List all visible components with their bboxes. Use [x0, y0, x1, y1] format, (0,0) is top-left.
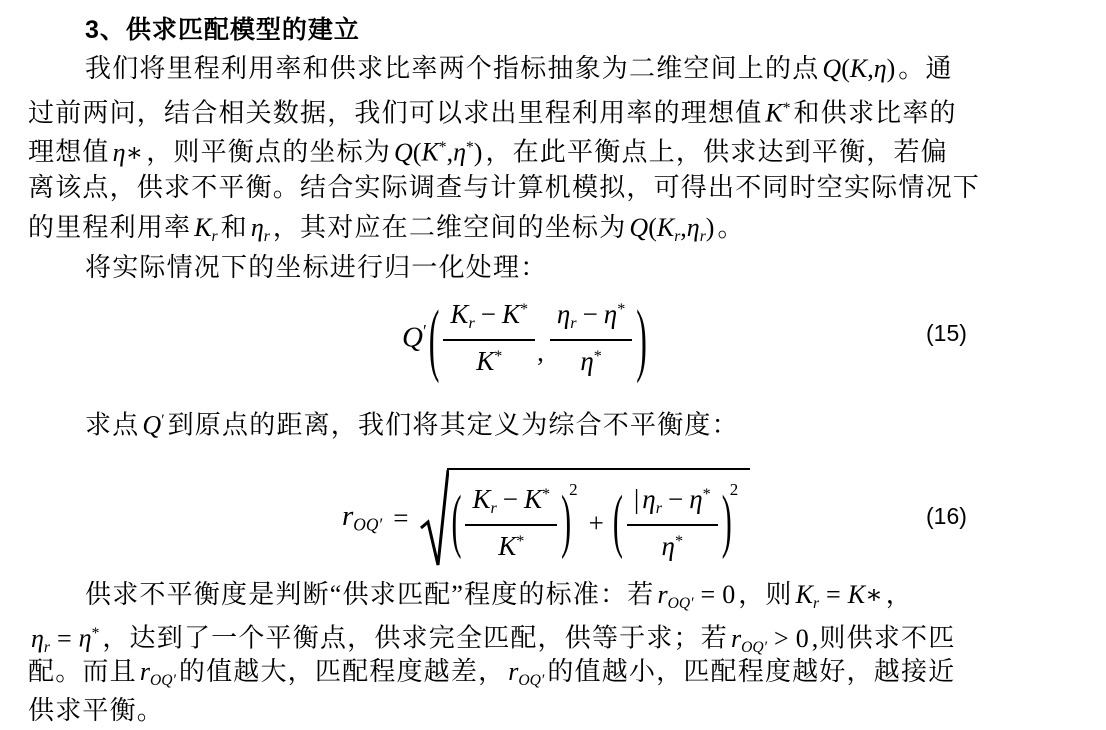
plus-sign: +	[589, 508, 604, 539]
left-paren: (	[451, 488, 461, 559]
text-run: 的值越大，匹配程度越差，	[179, 657, 505, 686]
fraction-eta: ηr−η* η*	[550, 299, 632, 376]
text-run: 配。而且	[28, 657, 137, 686]
square-root: ( Kr−K* K* ) 2 + ( |ηr−η* η* ) 2	[419, 468, 750, 568]
inline-math: η∗	[110, 138, 147, 167]
text-run: 供求平衡。	[28, 696, 164, 725]
left-paren: (	[429, 297, 440, 379]
paragraph-line: 过前两问，结合相关数据，我们可以求出里程利用率的理想值K*和供求比率的	[28, 92, 957, 131]
point-q-prime: Q′	[402, 321, 427, 355]
inline-math: ηr=η*	[28, 624, 102, 653]
fraction-k: Kr−K* K*	[465, 484, 557, 561]
right-paren: )	[636, 297, 647, 379]
inline-math: ηr	[248, 213, 273, 242]
paragraph-line: 的里程利用率Kr和ηr，其对应在二维空间的坐标为Q(Kr,ηr)。	[28, 211, 745, 254]
text-run: ，达到了一个平衡点，供求完全匹配，供等于求；若	[102, 624, 728, 653]
paragraph-line: 理想值η∗，则平衡点的坐标为Q(K*,η*)，在此平衡点上，供求达到平衡，若偏	[28, 131, 948, 170]
inline-math: Q(Kr,ηr)	[626, 213, 717, 242]
paragraph-line: 离该点，供求不平衡。结合实际调查与计算机模拟，可得出不同时空实际情况下	[28, 171, 980, 205]
text-run: 求点	[85, 411, 139, 440]
inline-math: Kr=K∗	[793, 580, 886, 609]
equation-15: Q′ ( Kr−K* K* , ηr−η* η* )	[402, 292, 647, 384]
inline-math: rOQ′=0	[654, 580, 738, 609]
right-paren: )	[722, 488, 732, 559]
inline-math: rOQ′	[505, 657, 547, 686]
text-run: ，其对应在二维空间的坐标为	[273, 213, 627, 242]
inline-math: Q′	[139, 411, 167, 440]
text-run: ，则	[738, 580, 792, 609]
fraction-k: Kr−K* K*	[443, 299, 535, 376]
equals-sign: =	[393, 503, 408, 534]
text-run: 。通	[898, 54, 952, 83]
text-run: 我们将里程利用率和供求比率两个指标抽象为二维空间上的点	[85, 54, 819, 83]
paragraph-line: 我们将里程利用率和供求比率两个指标抽象为二维空间上的点Q(K,η)。通	[85, 52, 953, 86]
radicand: ( Kr−K* K* ) 2 + ( |ηr−η* η* ) 2	[447, 468, 750, 568]
inline-math: Q(K*,η*)	[391, 138, 485, 167]
fraction-eta: |ηr−η* η*	[627, 484, 718, 561]
text-run: 过前两问，结合相关数据，我们可以求出里程利用率的理想值	[28, 99, 762, 128]
text-run: 和	[221, 213, 248, 242]
paragraph-line: 求点Q′到原点的距离，我们将其定义为综合不平衡度：	[85, 404, 739, 443]
text-run: 将实际情况下的坐标进行归一化处理：	[85, 253, 547, 282]
text-run: ，在此平衡点上，供求达到平衡，若偏	[485, 138, 947, 167]
inline-math: rOQ′	[137, 657, 179, 686]
right-paren: )	[561, 488, 571, 559]
paper-page: 3、供求匹配模型的建立 我们将里程利用率和供求比率两个指标抽象为二维空间上的点Q…	[0, 0, 1106, 730]
text-run: ,则供求不匹	[812, 624, 956, 653]
text-run: 。	[717, 213, 744, 242]
paragraph-line: 配。而且rOQ′的值越大，匹配程度越差，rOQ′的值越小，匹配程度越好，越接近	[28, 655, 955, 698]
paragraph-line: 供求不平衡度是判断“供求匹配”程度的标准：若rOQ′=0，则Kr=K∗，	[85, 578, 913, 621]
inline-math: rOQ′>0	[728, 624, 812, 653]
text-run: 到原点的距离，我们将其定义为综合不平衡度：	[168, 411, 739, 440]
text-run: 的里程利用率	[28, 213, 191, 242]
equation-16: rOQ′ = ( Kr−K* K* ) 2 + ( |ηr−η* η* ) 2	[342, 462, 750, 574]
separator-comma: ,	[537, 337, 544, 368]
equation-number-16: (16)	[926, 503, 967, 530]
paragraph-line: 将实际情况下的坐标进行归一化处理：	[85, 251, 547, 285]
radical-icon	[419, 468, 449, 568]
inline-math: Kr	[191, 213, 220, 242]
text-run: 和供求比率的	[794, 99, 957, 128]
left-paren: (	[613, 488, 623, 559]
section-heading: 3、供求匹配模型的建立	[85, 10, 360, 46]
imbalance-r: rOQ′	[342, 500, 382, 536]
paragraph-line: 供求平衡。	[28, 694, 164, 728]
text-run: 供求不平衡度是判断“供求匹配”程度的标准：若	[85, 580, 654, 609]
text-run: 的值越小，匹配程度越好，越接近	[547, 657, 955, 686]
text-run: ，	[886, 580, 913, 609]
equation-number-15: (15)	[926, 320, 967, 347]
text-run: 离该点，供求不平衡。结合实际调查与计算机模拟，可得出不同时空实际情况下	[28, 173, 980, 202]
text-run: ，则平衡点的坐标为	[146, 138, 391, 167]
text-run: 理想值	[28, 138, 110, 167]
inline-math: K*	[762, 99, 793, 128]
inline-math: Q(K,η)	[819, 54, 898, 83]
